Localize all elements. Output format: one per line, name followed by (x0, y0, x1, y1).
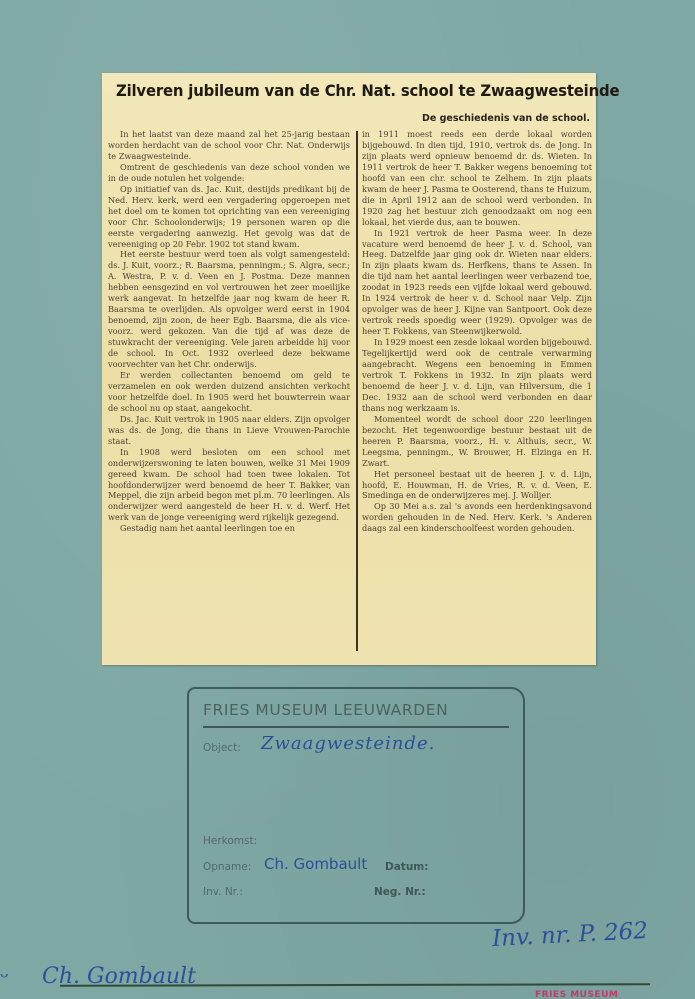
inv-nr-label: Inv. Nr.: (203, 886, 243, 898)
museum-stamp: FRIES MUSEUM LEEUWARDEN Object: Zwaagwes… (187, 687, 525, 924)
clipping-headline: Zilveren jubileum van de Chr. Nat. schoo… (116, 81, 562, 100)
red-museum-stamp: FRIES MUSEUM (535, 990, 618, 999)
datum-label: Datum: (385, 861, 428, 873)
opname-value: Ch. Gombault (264, 855, 367, 873)
paragraph: In 1908 werd besloten om een school met … (108, 447, 350, 524)
bottom-rule (60, 983, 650, 987)
neg-nr-label: Neg. Nr.: (374, 886, 426, 898)
column-divider (356, 131, 358, 651)
paragraph: Op initiatief van ds. Jac. Kuit, destijd… (108, 184, 350, 250)
object-value: Zwaagwesteinde. (261, 733, 435, 754)
paragraph: Ds. Jac. Kuit vertrok in 1905 naar elder… (108, 414, 350, 447)
object-label: Object: (203, 742, 241, 754)
paragraph: Momenteel wordt de school door 220 leerl… (362, 414, 592, 469)
paragraph: Het eerste bestuur werd toen als volgt s… (108, 249, 350, 369)
paragraph: Gestadig nam het aantal leerlingen toe e… (108, 523, 350, 534)
handwritten-mark: ᵕ (0, 966, 8, 991)
paragraph: In 1921 vertrok de heer Pasma weer. In d… (362, 228, 592, 338)
article-column-left: In het laatst van deze maand zal het 25-… (108, 129, 350, 534)
paragraph: In het laatst van deze maand zal het 25-… (108, 129, 350, 162)
paragraph: Er werden collectanten benoemd om geld t… (108, 370, 350, 414)
paragraph: Omtrent de geschiedenis van deze school … (108, 162, 350, 184)
article-column-right: in 1911 moest reeds een derde lokaal wor… (362, 129, 592, 534)
stamp-divider (203, 726, 509, 728)
newspaper-clipping: Zilveren jubileum van de Chr. Nat. schoo… (102, 73, 596, 665)
clipping-subhead: De geschiedenis van de school. (422, 113, 590, 124)
herkomst-label: Herkomst: (203, 835, 257, 847)
stamp-title: FRIES MUSEUM LEEUWARDEN (203, 701, 448, 719)
opname-label: Opname: (203, 861, 251, 873)
paragraph: Het personeel bestaat uit de heeren J. v… (362, 469, 592, 502)
paragraph: In 1929 moest een zesde lokaal worden bi… (362, 337, 592, 414)
paragraph: Op 30 Mei a.s. zal 's avonds een herdenk… (362, 501, 592, 534)
paragraph: in 1911 moest reeds een derde lokaal wor… (362, 129, 592, 228)
